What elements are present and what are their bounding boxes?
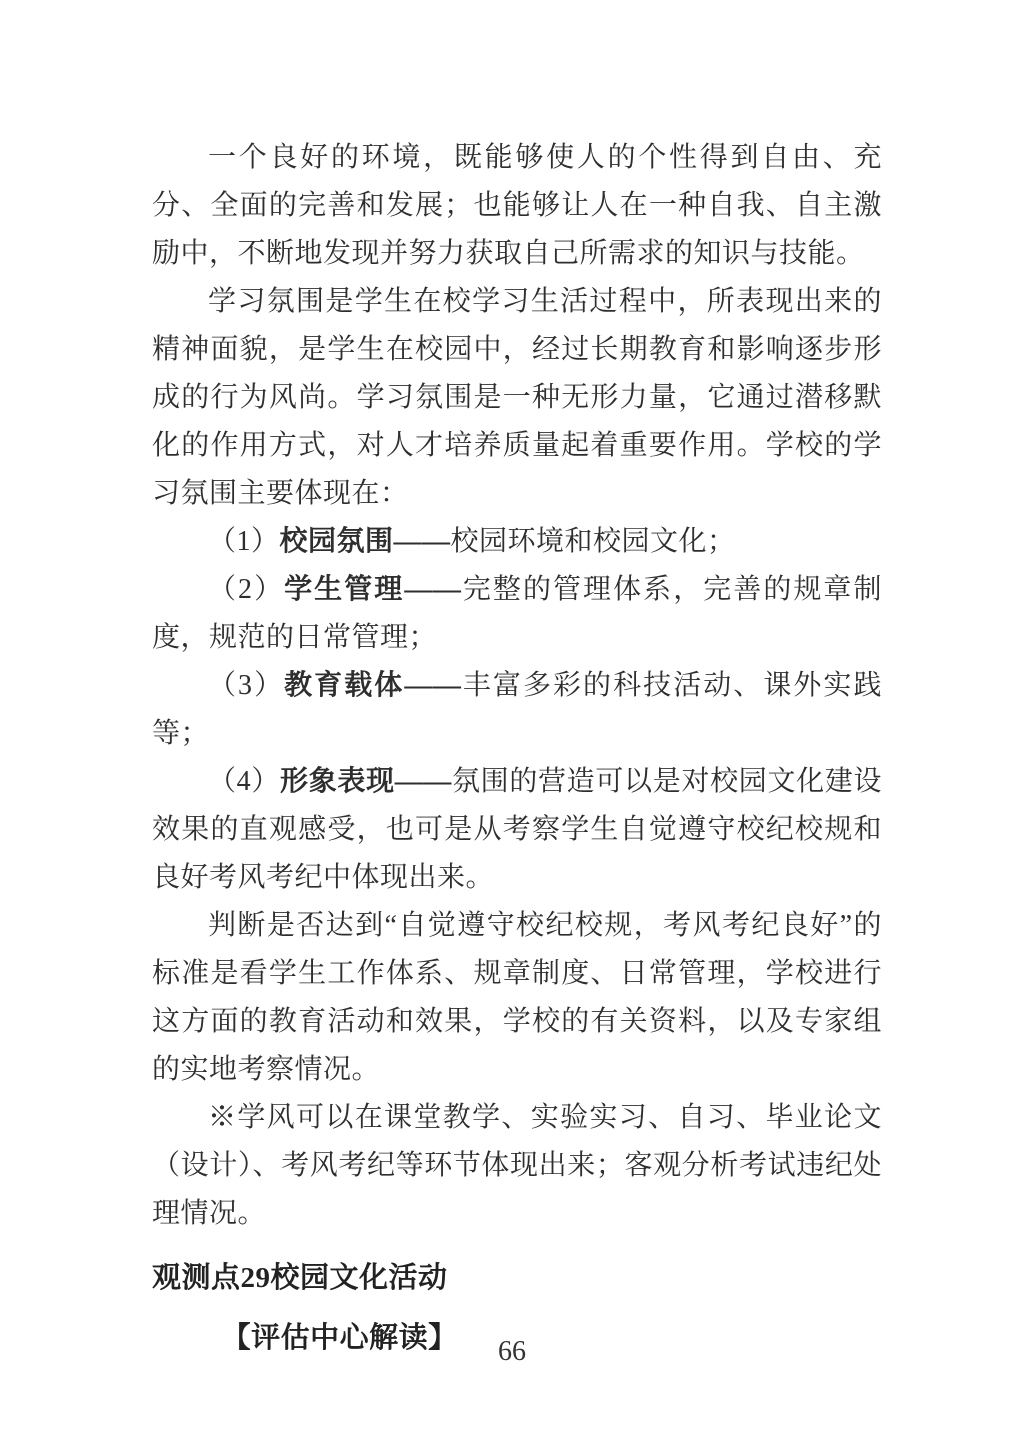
section-heading-observation-point-29: 观测点29校园文化活动: [152, 1254, 882, 1302]
document-page: 一个良好的环境，既能够使人的个性得到自由、充分、全面的完善和发展；也能够让人在一…: [0, 0, 1024, 1448]
list-item-campus-atmosphere: （1）校园氛围——校园环境和校园文化；: [152, 518, 882, 566]
page-content: 一个良好的环境，既能够使人的个性得到自由、充分、全面的完善和发展；也能够让人在一…: [152, 134, 882, 1362]
em-dash: ——: [404, 670, 461, 701]
list-item-term: 形象表现: [280, 766, 395, 797]
paragraph-environment: 一个良好的环境，既能够使人的个性得到自由、充分、全面的完善和发展；也能够让人在一…: [152, 134, 882, 278]
em-dash: ——: [394, 526, 451, 557]
list-item-number: （2）: [208, 574, 284, 605]
list-item-number: （4）: [208, 766, 280, 797]
list-item-student-management: （2）学生管理——完整的管理体系，完善的规章制度，规范的日常管理；: [152, 566, 882, 662]
list-item-education-carrier: （3）教育载体——丰富多彩的科技活动、课外实践等；: [152, 662, 882, 758]
list-item-term: 教育载体: [284, 670, 404, 701]
paragraph-learning-atmosphere: 学习氛围是学生在校学习生活过程中，所表现出来的精神面貌，是学生在校园中，经过长期…: [152, 278, 882, 518]
list-item-term: 校园氛围: [280, 526, 394, 557]
list-item-image-performance: （4）形象表现——氛围的营造可以是对校园文化建设效果的直观感受，也可是从考察学生…: [152, 758, 882, 902]
list-item-number: （3）: [208, 670, 284, 701]
list-item-text: 校园环境和校园文化；: [451, 526, 736, 557]
page-number: 66: [0, 1336, 1024, 1368]
paragraph-note: ※学风可以在课堂教学、实验实习、自习、毕业论文（设计）、考风考纪等环节体现出来；…: [152, 1094, 882, 1238]
em-dash: ——: [404, 574, 461, 605]
list-item-number: （1）: [208, 526, 280, 557]
em-dash: ——: [395, 766, 452, 797]
list-item-term: 学生管理: [284, 574, 404, 605]
paragraph-judgement-criteria: 判断是否达到“自觉遵守校纪校规，考风考纪良好”的标准是看学生工作体系、规章制度、…: [152, 902, 882, 1094]
